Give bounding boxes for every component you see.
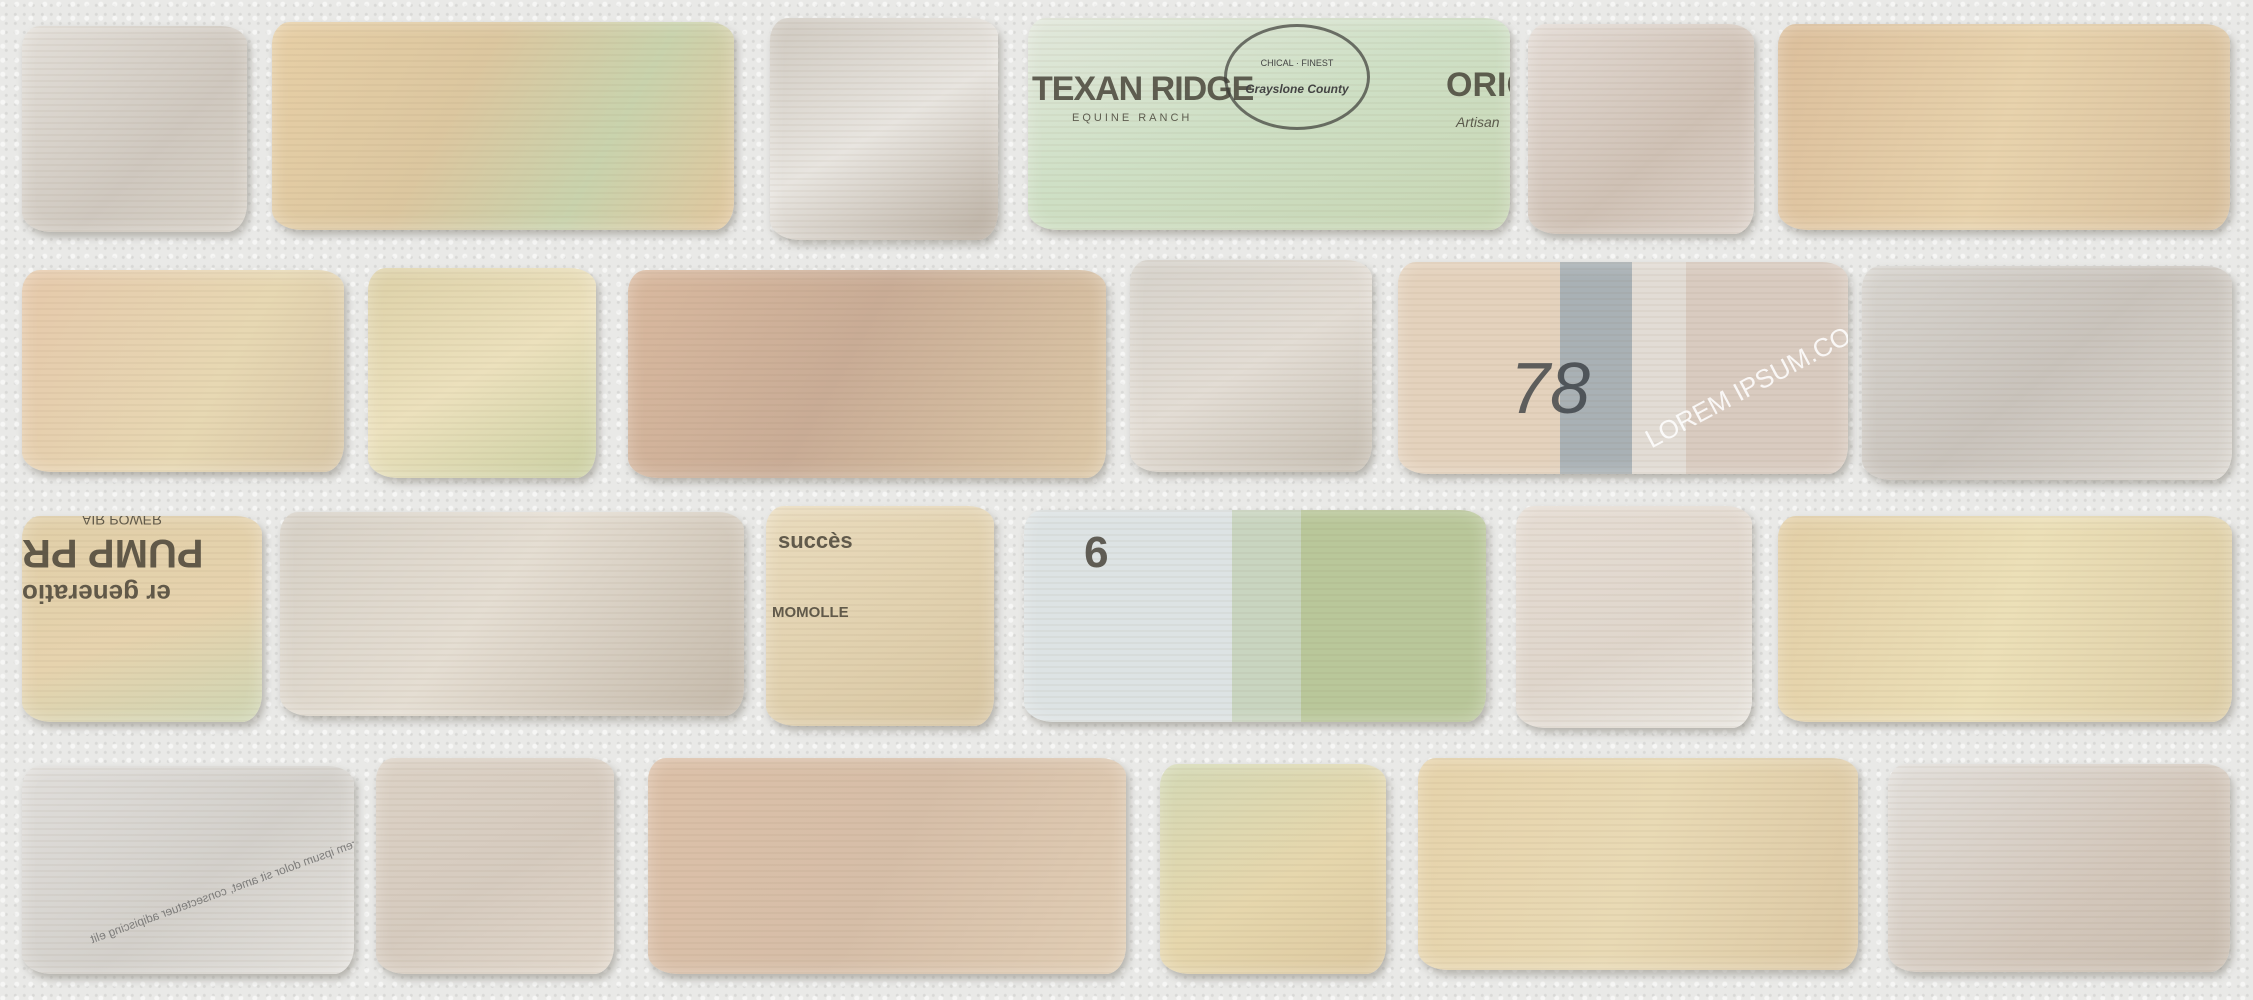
newsprint-power-text: AIR POWER bbox=[82, 516, 162, 528]
brick bbox=[1778, 516, 2232, 722]
stamp-bottom-text: Grayslone County bbox=[1245, 82, 1348, 96]
brick bbox=[770, 18, 998, 240]
number-78-text: 78 bbox=[1510, 348, 1590, 430]
brick bbox=[22, 26, 247, 232]
brick bbox=[1528, 24, 1754, 234]
brick bbox=[272, 22, 734, 230]
origin-text: ORIGI bbox=[1446, 66, 1510, 105]
equine-ranch-text: EQUINE RANCH bbox=[1072, 112, 1192, 124]
brick bbox=[628, 270, 1106, 478]
newsprint-generation-text: er generatio bbox=[22, 578, 171, 609]
brick: AIR POWER PUMP PR er generatio bbox=[22, 516, 262, 722]
brick: Lorem ipsum dolor sit amet, consectetuer… bbox=[22, 766, 354, 974]
brick bbox=[1888, 764, 2230, 972]
brick: 9 bbox=[1024, 510, 1486, 722]
succes-text: succès bbox=[778, 528, 853, 554]
number-9-text: 9 bbox=[1084, 526, 1108, 576]
brick bbox=[368, 268, 596, 478]
stone-wall-texture: TEXAN RIDGE EQUINE RANCH CHICAL · FINEST… bbox=[0, 0, 2253, 1000]
lorem-ipsum-text: LOREM IPSUM.CO bbox=[1640, 320, 1848, 455]
mirrored-paragraph-text: Lorem ipsum dolor sit amet, consectetuer… bbox=[89, 832, 354, 946]
artisan-text: Artisan bbox=[1456, 114, 1500, 130]
remolle-text: MOMOLLE bbox=[772, 604, 849, 621]
brick bbox=[1862, 266, 2232, 480]
brick bbox=[1778, 24, 2230, 230]
texan-ridge-text: TEXAN RIDGE bbox=[1032, 70, 1253, 109]
brick bbox=[376, 758, 614, 974]
brick: 78 LOREM IPSUM.CO bbox=[1398, 262, 1848, 474]
stamp-top-text: CHICAL · FINEST bbox=[1261, 58, 1334, 68]
brick bbox=[280, 512, 744, 716]
brick bbox=[1418, 758, 1858, 970]
brick: TEXAN RIDGE EQUINE RANCH CHICAL · FINEST… bbox=[1028, 18, 1510, 230]
brick bbox=[1130, 260, 1372, 472]
brick bbox=[1516, 506, 1752, 728]
brick bbox=[1160, 764, 1386, 974]
newsprint-pump-text: PUMP PR bbox=[22, 530, 204, 575]
county-stamp: CHICAL · FINEST Grayslone County bbox=[1224, 24, 1370, 130]
brick bbox=[648, 758, 1126, 974]
brick: succès MOMOLLE bbox=[766, 506, 994, 726]
brick bbox=[22, 270, 344, 472]
